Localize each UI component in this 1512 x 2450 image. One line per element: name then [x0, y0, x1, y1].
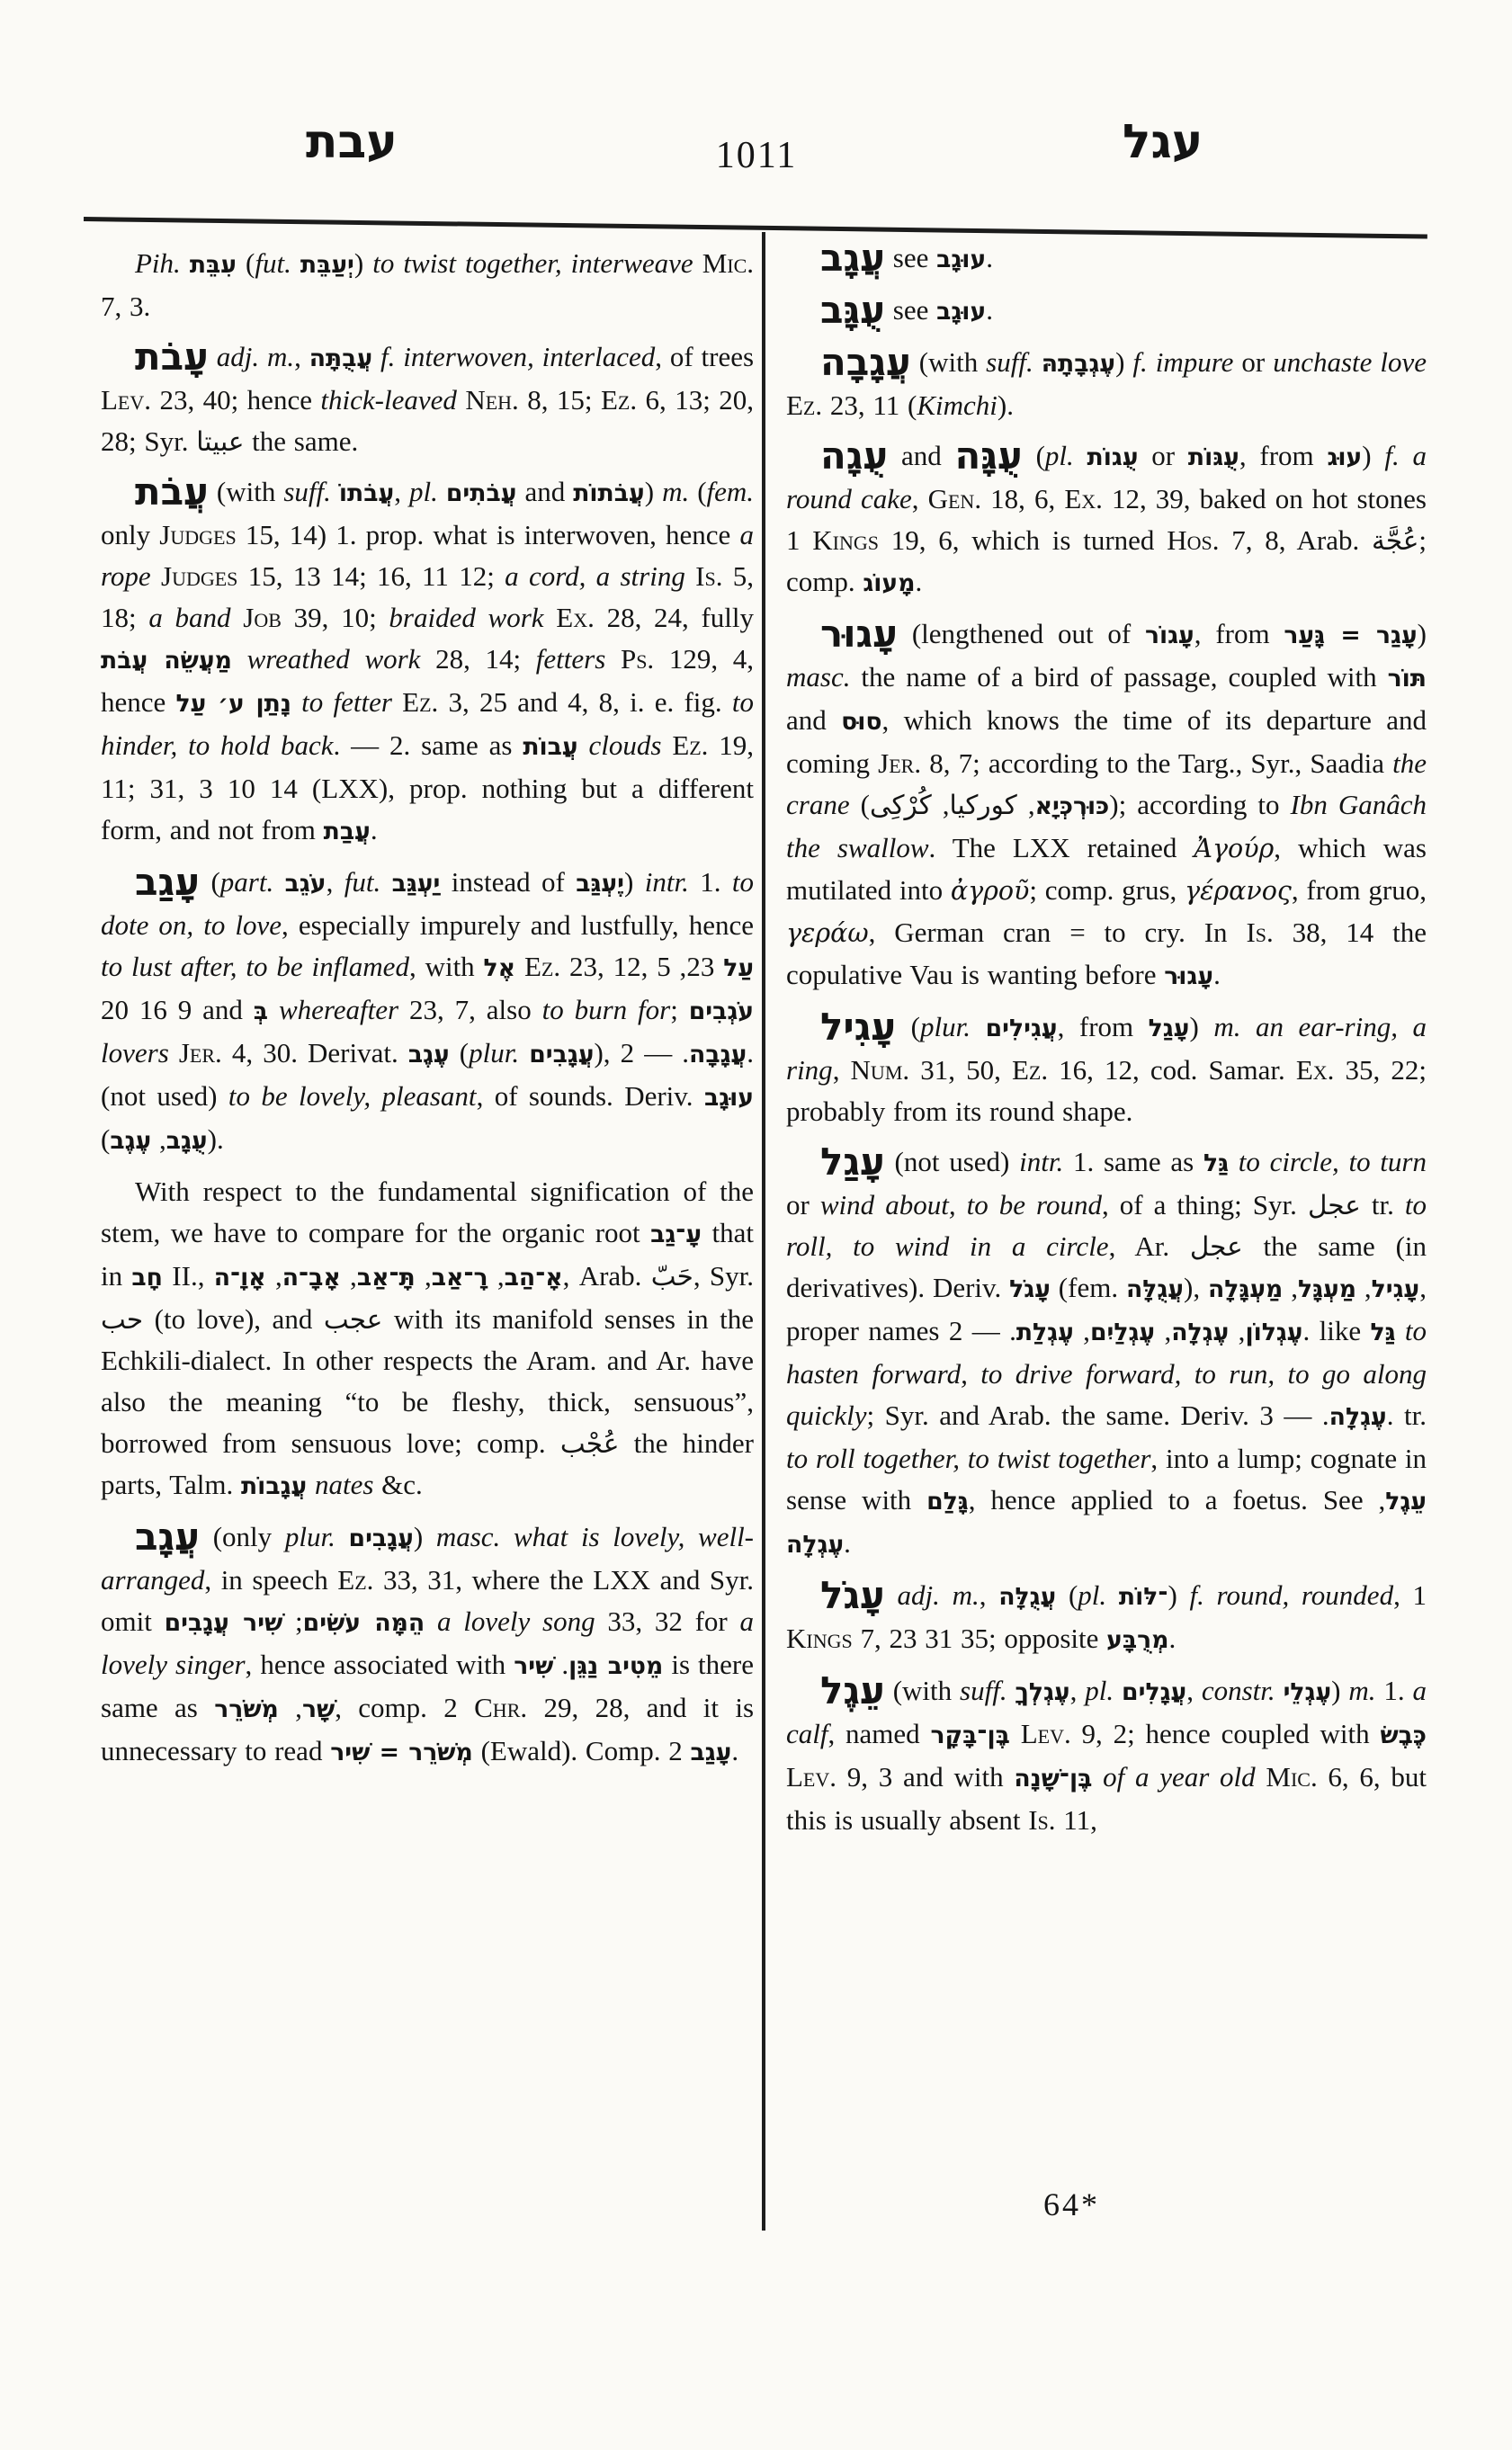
text-segment: Ez.: [786, 389, 822, 421]
text-segment: fut.: [255, 247, 300, 279]
text-segment: , in speech: [204, 1564, 337, 1596]
text-segment: (with: [911, 346, 986, 378]
text-segment: tr.: [1361, 1189, 1405, 1221]
text-segment: ): [1362, 440, 1384, 471]
text-segment: כּוּרְכְּיָא: [1035, 792, 1110, 820]
text-segment: ; Syr. and Arab. the same. Deriv.: [867, 1399, 1260, 1431]
text-segment: בְּ: [254, 997, 268, 1025]
text-segment: , from gruo,: [1292, 874, 1427, 906]
text-segment: adj. m.: [898, 1579, 980, 1611]
text-segment: or: [786, 1189, 820, 1221]
text-segment: .: [1213, 959, 1221, 990]
text-segment: עֲבַת: [324, 818, 371, 845]
text-segment: of a year old: [1103, 1761, 1256, 1793]
text-segment: a band: [148, 602, 230, 633]
text-segment: Ez.: [672, 729, 708, 761]
text-segment: עֶגְלוֹן: [1245, 1319, 1302, 1346]
text-segment: عجل: [1308, 1190, 1361, 1221]
text-segment: , of sounds. Deriv.: [477, 1080, 704, 1112]
text-segment: עֶגֶב: [408, 1041, 450, 1069]
text-segment: ;: [282, 1605, 302, 1637]
text-segment: [1396, 1315, 1405, 1346]
text-segment: (with: [885, 1675, 960, 1706]
text-segment: אָוָ־ה: [214, 1264, 266, 1292]
text-segment: , from: [1239, 440, 1328, 471]
text-segment: , from: [1058, 1011, 1149, 1042]
text-segment: 7, 23 31 35; opposite: [853, 1623, 1106, 1654]
text-segment: [578, 729, 589, 761]
text-segment: ἀγροῦ: [951, 876, 1030, 906]
text-segment: עֲגֻלָּה: [998, 1583, 1056, 1611]
text-segment: [291, 686, 301, 718]
text-segment: Jer.: [179, 1037, 222, 1069]
text-segment: ,: [1186, 1675, 1202, 1706]
text-segment: Ps.: [621, 643, 654, 675]
headword-hebrew: עֲגָבָה: [820, 340, 911, 384]
text-segment: (: [850, 789, 870, 820]
column-divider-rule: [762, 232, 765, 2231]
text-segment: מַעְגָּלָה: [1208, 1275, 1283, 1303]
text-segment: (: [208, 1123, 217, 1155]
text-segment: and: [516, 476, 573, 507]
text-segment: [1092, 1761, 1103, 1793]
text-segment: 9, 3 and with: [837, 1761, 1014, 1793]
text-segment: , hence associated with: [246, 1649, 514, 1680]
headword-hebrew: עֵגֶל: [820, 1668, 885, 1712]
text-segment: [169, 1037, 179, 1069]
text-segment: עֲגָבִים: [529, 1041, 594, 1069]
text-segment: [885, 1579, 898, 1611]
text-segment: 1.: [689, 866, 732, 898]
text-segment: עֲבֻתָּה: [309, 344, 373, 372]
text-segment: ,: [294, 341, 309, 372]
text-segment: (: [896, 1011, 920, 1042]
text-segment: ),: [594, 1037, 620, 1069]
text-segment: ): [624, 866, 645, 898]
text-segment: Pih.: [135, 247, 190, 279]
text-segment: [1229, 1146, 1239, 1177]
text-segment: Kimchi: [917, 389, 998, 421]
text-segment: to roll together, to twist together: [786, 1443, 1150, 1474]
text-segment: (lengthened out of: [898, 618, 1145, 649]
text-segment: עֲבֹתִים: [446, 479, 517, 507]
text-segment: Ex.: [556, 602, 595, 633]
entry-paragraph: עֲבֹת (with suff. עֲבֹתוֹ, pl. עֲבֹתִים …: [101, 471, 754, 853]
text-segment: [273, 866, 284, 898]
text-segment: ,: [1229, 1315, 1245, 1346]
text-segment: a cord, a string: [505, 560, 685, 592]
text-segment: ,: [1074, 1315, 1090, 1346]
entry-paragraph: עָגִיל (plur. עֲגִילִים, from עָגַל) m. …: [786, 1006, 1427, 1132]
text-segment: (: [1056, 1579, 1078, 1611]
text-segment: .: [553, 1649, 568, 1680]
text-segment: (: [689, 476, 706, 507]
text-segment: m.: [1348, 1675, 1375, 1706]
text-segment: [971, 1011, 986, 1042]
text-segment: [425, 1605, 437, 1637]
text-segment: עֶגְלָה: [1329, 1403, 1387, 1431]
text-segment: , Syr.: [693, 1260, 754, 1292]
text-segment: كوركيا: [950, 790, 1017, 820]
text-segment: עֲבֹתוֹת: [573, 479, 645, 507]
text-segment: Jer.: [878, 747, 921, 779]
text-segment: עֲגֻלָּה: [1126, 1275, 1184, 1303]
text-segment: [307, 1469, 315, 1500]
text-segment: עֲגָבוֹת: [241, 1472, 307, 1500]
text-segment: עָ־גַב: [650, 1221, 702, 1248]
text-segment: pl.: [1085, 1675, 1114, 1706]
text-segment: 15, 14) 1. prop. what is interwoven, hen…: [237, 519, 740, 550]
text-segment: [1106, 1579, 1119, 1611]
text-segment: בֶּן־בָּקָר: [931, 1721, 1010, 1749]
text-segment: constr.: [1202, 1675, 1275, 1706]
text-segment: עָגִיל: [1372, 1275, 1420, 1303]
text-segment: עֻגוֹת: [1087, 443, 1139, 471]
text-segment: [151, 560, 161, 592]
text-segment: plur.: [920, 1011, 971, 1042]
text-segment: (only: [200, 1521, 285, 1552]
text-segment: עֲבֹתוֹ: [339, 479, 394, 507]
text-segment: to twist together, interweave: [372, 247, 693, 279]
text-segment: clouds: [589, 729, 662, 761]
text-segment: [336, 1521, 349, 1552]
text-segment: Num.: [851, 1054, 910, 1086]
text-segment: , of trees: [655, 341, 754, 372]
text-segment: 11,: [1056, 1804, 1097, 1836]
text-segment: suff.: [283, 476, 331, 507]
text-segment: [544, 602, 557, 633]
text-segment: .: [915, 566, 922, 597]
text-segment: תָּ־אַב: [357, 1264, 416, 1292]
text-segment: ): [414, 1521, 436, 1552]
header-rule: [84, 217, 1427, 239]
text-segment: מַעֲשֵׂה עֲבֹת: [101, 647, 232, 675]
text-segment: , German cran = to cry. In: [869, 917, 1247, 948]
text-segment: עֶגְלַת: [1016, 1319, 1074, 1346]
text-segment: (not used): [885, 1146, 1019, 1177]
text-segment: كُرْكِى: [870, 790, 932, 820]
text-segment: Mic.: [1266, 1761, 1317, 1793]
text-segment: ,: [1356, 1272, 1372, 1303]
text-segment: עַל: [723, 954, 754, 982]
text-segment: 7, 8, Arab.: [1219, 524, 1372, 556]
text-segment: עֻגָב: [166, 1127, 208, 1155]
text-segment: Ez.: [524, 951, 560, 982]
text-segment: see: [885, 242, 936, 273]
text-segment: fetters: [536, 643, 606, 675]
text-segment: 23, 40; hence: [151, 384, 320, 416]
text-segment: braided work: [389, 602, 543, 633]
headword-hebrew: עָגוּר: [820, 612, 898, 656]
text-segment: 3, 25 and 4, 8, i. e. fig.: [438, 686, 732, 718]
text-segment: 8, 7; according to the Targ., Syr., Saad…: [921, 747, 1392, 779]
text-segment: Kings: [786, 1623, 853, 1654]
text-segment: a lovely song: [437, 1605, 595, 1637]
text-segment: thick-leaved: [320, 384, 456, 416]
text-segment: מַעְגָּל: [1298, 1275, 1356, 1303]
text-segment: adj. m.: [217, 341, 294, 372]
text-segment: [231, 602, 244, 633]
scanned-dictionary-page: עבת 1011 עגל Pih. עִבֵּת (fut. יְעַבֵּת)…: [0, 0, 1512, 2450]
headword-hebrew: עֻגָּה: [955, 434, 1023, 478]
text-segment: ); according to: [1109, 789, 1290, 820]
entry-paragraph: עֲגָבָה (with suff. עֶגְבָתָהּ) f. impur…: [786, 342, 1427, 426]
text-segment: .: [986, 294, 993, 326]
text-segment: to circle, to turn: [1239, 1146, 1427, 1177]
entry-paragraph: עָגַל (not used) intr. 1. same as גַּל t…: [786, 1141, 1427, 1566]
text-segment: or: [1139, 440, 1188, 471]
text-segment: Ez.: [402, 686, 438, 718]
text-segment: f. impure: [1132, 346, 1233, 378]
text-segment: מְרֻבָּע: [1106, 1626, 1168, 1654]
text-segment: ,: [341, 1260, 357, 1292]
text-segment: &c.: [373, 1469, 422, 1500]
text-segment: 15, 13 14; 16, 11 12;: [237, 560, 505, 592]
text-segment: , especially impurely and lustfully, hen…: [282, 909, 754, 941]
text-segment: ): [1331, 1675, 1348, 1706]
text-segment: אָבָ־ה: [282, 1264, 341, 1292]
text-segment: Job: [243, 602, 282, 633]
page-number: 1011: [707, 135, 806, 176]
text-segment: 28, 14;: [420, 643, 535, 675]
text-segment: ,: [833, 1054, 851, 1086]
text-segment: suff.: [986, 346, 1033, 378]
text-segment: ; comp. grus,: [1029, 874, 1185, 906]
text-segment: Kings: [812, 524, 879, 556]
text-segment: עֹגְבִים: [689, 997, 754, 1025]
text-segment: 7, 3.: [101, 291, 150, 322]
text-segment: حب: [101, 1304, 143, 1335]
text-segment: Is.: [695, 560, 722, 592]
text-segment: (: [237, 247, 255, 279]
text-segment: עִבֵּת: [190, 251, 237, 279]
text-segment: אָ־הַב: [505, 1264, 563, 1292]
text-segment: f. round, rounded: [1189, 1579, 1393, 1611]
text-segment: עֶגְלָה: [786, 1531, 844, 1559]
headword-hebrew: עָגַב: [135, 860, 200, 904]
text-segment: ): [1168, 1579, 1189, 1611]
text-segment: , of a thing; Syr.: [1102, 1189, 1308, 1221]
text-segment: Neh.: [465, 384, 518, 416]
text-segment: , hence applied to a foetus. See: [969, 1484, 1379, 1516]
entry-paragraph: עֻגָה and עֻגָּה (pl. עֻגוֹת or עֻגּוֹת,…: [786, 435, 1427, 604]
header-catchword-left: עבת: [306, 115, 398, 169]
text-segment: wind about, to be round: [820, 1189, 1102, 1221]
text-segment: plur.: [285, 1521, 336, 1552]
text-segment: γέρανος: [1185, 876, 1292, 906]
text-segment: ,: [327, 866, 344, 898]
text-segment: Chr.: [474, 1692, 527, 1723]
text-segment: עָגֹל: [1009, 1275, 1051, 1303]
headword-hebrew: עָגֹל: [820, 1573, 885, 1617]
text-segment: ־לּוֹת: [1119, 1583, 1168, 1611]
text-segment: Is.: [1028, 1804, 1055, 1836]
text-segment: עֹגֵב: [285, 870, 327, 898]
text-segment: עוּגָב: [704, 1084, 754, 1112]
text-segment: f. interwoven, in­terlaced: [380, 341, 655, 372]
text-segment: , 1: [1393, 1579, 1427, 1611]
text-segment: [515, 951, 524, 982]
text-segment: [380, 866, 391, 898]
text-segment: (Ewald). Comp.: [473, 1735, 668, 1766]
text-segment: שָׁר: [302, 1695, 335, 1723]
text-segment: [331, 476, 339, 507]
text-segment: [693, 247, 702, 279]
text-segment: or: [1233, 346, 1273, 378]
text-segment: , Ar.: [1109, 1230, 1190, 1262]
entry-paragraph: Pih. עִבֵּת (fut. יְעַבֵּת) to twist tog…: [101, 243, 754, 327]
text-segment: [1275, 1675, 1284, 1706]
text-segment: Hos.: [1167, 524, 1219, 556]
text-segment: عبيتا: [196, 426, 244, 457]
text-segment: instead of: [440, 866, 576, 898]
text-segment: עֲגִילִים: [986, 1015, 1058, 1042]
text-segment: (with: [209, 476, 283, 507]
text-segment: [438, 476, 446, 507]
text-segment: wreathed work: [247, 643, 421, 675]
entry-paragraph: עָגַב (part. עֹגֵב, fut. יַעְגַּב instea…: [101, 862, 754, 1162]
text-segment: עֶגְלֵי: [1284, 1678, 1332, 1706]
text-segment: ,: [1070, 1675, 1086, 1706]
text-segment: [605, 643, 621, 675]
text-segment: 23, 11 (: [822, 389, 917, 421]
text-segment: fem.: [707, 476, 755, 507]
text-segment: Ez.: [1012, 1054, 1048, 1086]
text-segment: ,: [912, 483, 928, 514]
header-catchword-right: עגל: [1123, 115, 1203, 169]
text-segment: עָגוּר: [1164, 962, 1213, 990]
text-segment: and: [888, 440, 954, 471]
text-segment: יַעְגַּב: [392, 870, 441, 898]
text-segment: Judges: [161, 560, 237, 592]
text-segment: ,: [266, 1260, 282, 1292]
text-segment: Lev.: [1021, 1718, 1071, 1749]
text-segment: γεράω: [786, 918, 869, 948]
text-segment: Ex.: [1064, 483, 1103, 514]
text-segment: ): [645, 476, 662, 507]
text-segment: part.: [220, 866, 273, 898]
text-segment: [1256, 1761, 1266, 1793]
text-segment: [1074, 440, 1087, 471]
text-segment: [392, 686, 402, 718]
text-segment: עֶגְלָה: [1171, 1319, 1229, 1346]
text-segment: מֵטִיב נַגֵּן: [568, 1652, 663, 1680]
text-segment: [1114, 1675, 1122, 1706]
text-segment: عجب: [324, 1304, 382, 1335]
text-segment: עֲבוֹת: [523, 733, 577, 761]
text-segment: pl.: [1078, 1579, 1106, 1611]
text-segment: ,: [488, 1260, 505, 1292]
headword-hebrew: עָגִיל: [820, 1005, 896, 1049]
text-segment: (: [450, 1037, 469, 1069]
text-segment: , comp. 2: [335, 1692, 474, 1723]
text-segment: מָעוֹג: [863, 569, 915, 597]
entry-paragraph: עֲגָב see עוּגָב.: [786, 237, 1427, 281]
text-segment: עֶגְלְךָ: [1015, 1678, 1069, 1706]
text-segment: 16, 12, cod. Samar.: [1048, 1054, 1296, 1086]
entry-paragraph: With respect to the fundamental signific…: [101, 1171, 754, 1507]
text-segment: חָב: [131, 1264, 163, 1292]
right-column: עֲגָב see עוּגָב.עֻגָּב see עוּגָב.עֲגָב…: [786, 237, 1427, 1850]
text-segment: ): [1189, 1011, 1213, 1042]
left-column: Pih. עִבֵּת (fut. יְעַבֵּת) to twist tog…: [101, 243, 754, 1783]
text-segment: ,: [151, 1123, 166, 1155]
entry-paragraph: עֲגָב (only plur. עֲגָבִים) masc. what i…: [101, 1516, 754, 1774]
text-segment: , named: [828, 1718, 931, 1749]
entry-paragraph: עֵגֶל (with suff. עֶגְלְךָ, pl. עֲגָלִים…: [786, 1670, 1427, 1841]
text-segment: עָגַל: [1149, 1015, 1190, 1042]
text-segment: Gen.: [928, 483, 981, 514]
text-segment: אֶל: [484, 954, 516, 982]
text-segment: (: [200, 866, 220, 898]
text-segment: [519, 1037, 529, 1069]
text-segment: .: [371, 814, 378, 845]
text-segment: II.,: [163, 1260, 214, 1292]
entry-paragraph: עָבֹת adj. m., עֲבֻתָּה f. interwoven, i…: [101, 336, 754, 462]
text-segment: Lev.: [101, 384, 151, 416]
signature-mark: 64*: [1043, 2184, 1100, 2225]
text-segment: 31, 50,: [909, 1054, 1012, 1086]
text-segment: ,: [932, 789, 950, 820]
text-segment: עָגוֹר: [1145, 621, 1194, 649]
text-segment: [209, 341, 217, 372]
text-segment: fut.: [344, 866, 380, 898]
text-segment: 28, 24, fully: [595, 602, 754, 633]
text-segment: תּוֹר: [1388, 665, 1427, 693]
text-segment: [457, 384, 465, 416]
text-segment: [661, 729, 672, 761]
text-segment: only: [101, 519, 159, 550]
text-segment: unchaste love: [1273, 346, 1427, 378]
text-segment: עֻגּוֹת: [1188, 443, 1239, 471]
headword-hebrew: עֻגָּב: [820, 288, 885, 332]
text-segment: , Arab.: [563, 1260, 651, 1292]
text-segment: to be lovely, pleasant: [228, 1080, 477, 1112]
text-segment: עוּגָב: [936, 298, 986, 326]
entry-paragraph: עֻגָּב see עוּגָב.: [786, 290, 1427, 333]
text-segment: see: [885, 294, 936, 326]
text-segment: עָגַר = גָּעַר: [1284, 621, 1417, 649]
text-segment: גַּל: [1370, 1319, 1395, 1346]
text-segment: intr.: [645, 866, 689, 898]
text-segment: plur.: [469, 1037, 519, 1069]
text-segment: 33, 32 for: [595, 1605, 740, 1637]
text-segment: עֶגֶב: [110, 1127, 151, 1155]
text-segment: .: [1169, 1623, 1176, 1654]
text-segment: ,: [1155, 1315, 1171, 1346]
text-segment: נָתַן ע׳ עַל: [176, 690, 291, 718]
text-segment: יְעַבֵּת: [300, 251, 354, 279]
text-segment: Lev.: [786, 1761, 837, 1793]
text-segment: עָגַב: [690, 1739, 731, 1766]
entry-paragraph: עָגוּר (lengthened out of עָגוֹר, from ע…: [786, 613, 1427, 997]
text-segment: [685, 560, 695, 592]
text-segment: lovers: [101, 1037, 169, 1069]
text-segment: ,: [279, 1692, 302, 1723]
text-segment: intr.: [1019, 1146, 1063, 1177]
headword-hebrew: עֻגָה: [820, 434, 888, 478]
text-segment: גָּלַם: [926, 1488, 969, 1516]
text-segment: 1.: [1376, 1675, 1413, 1706]
text-segment: ,: [1017, 789, 1035, 820]
text-segment: , from: [1194, 618, 1284, 649]
text-segment: עֶגְלַיִם: [1090, 1319, 1155, 1346]
text-segment: Judges: [159, 519, 236, 550]
text-segment: עוּגָב: [936, 246, 986, 273]
text-segment: 4, 30. Derivat.: [222, 1037, 408, 1069]
text-segment: שִׁיר: [514, 1652, 553, 1680]
text-segment: בֶּן־שָׁנָה: [1014, 1765, 1092, 1793]
